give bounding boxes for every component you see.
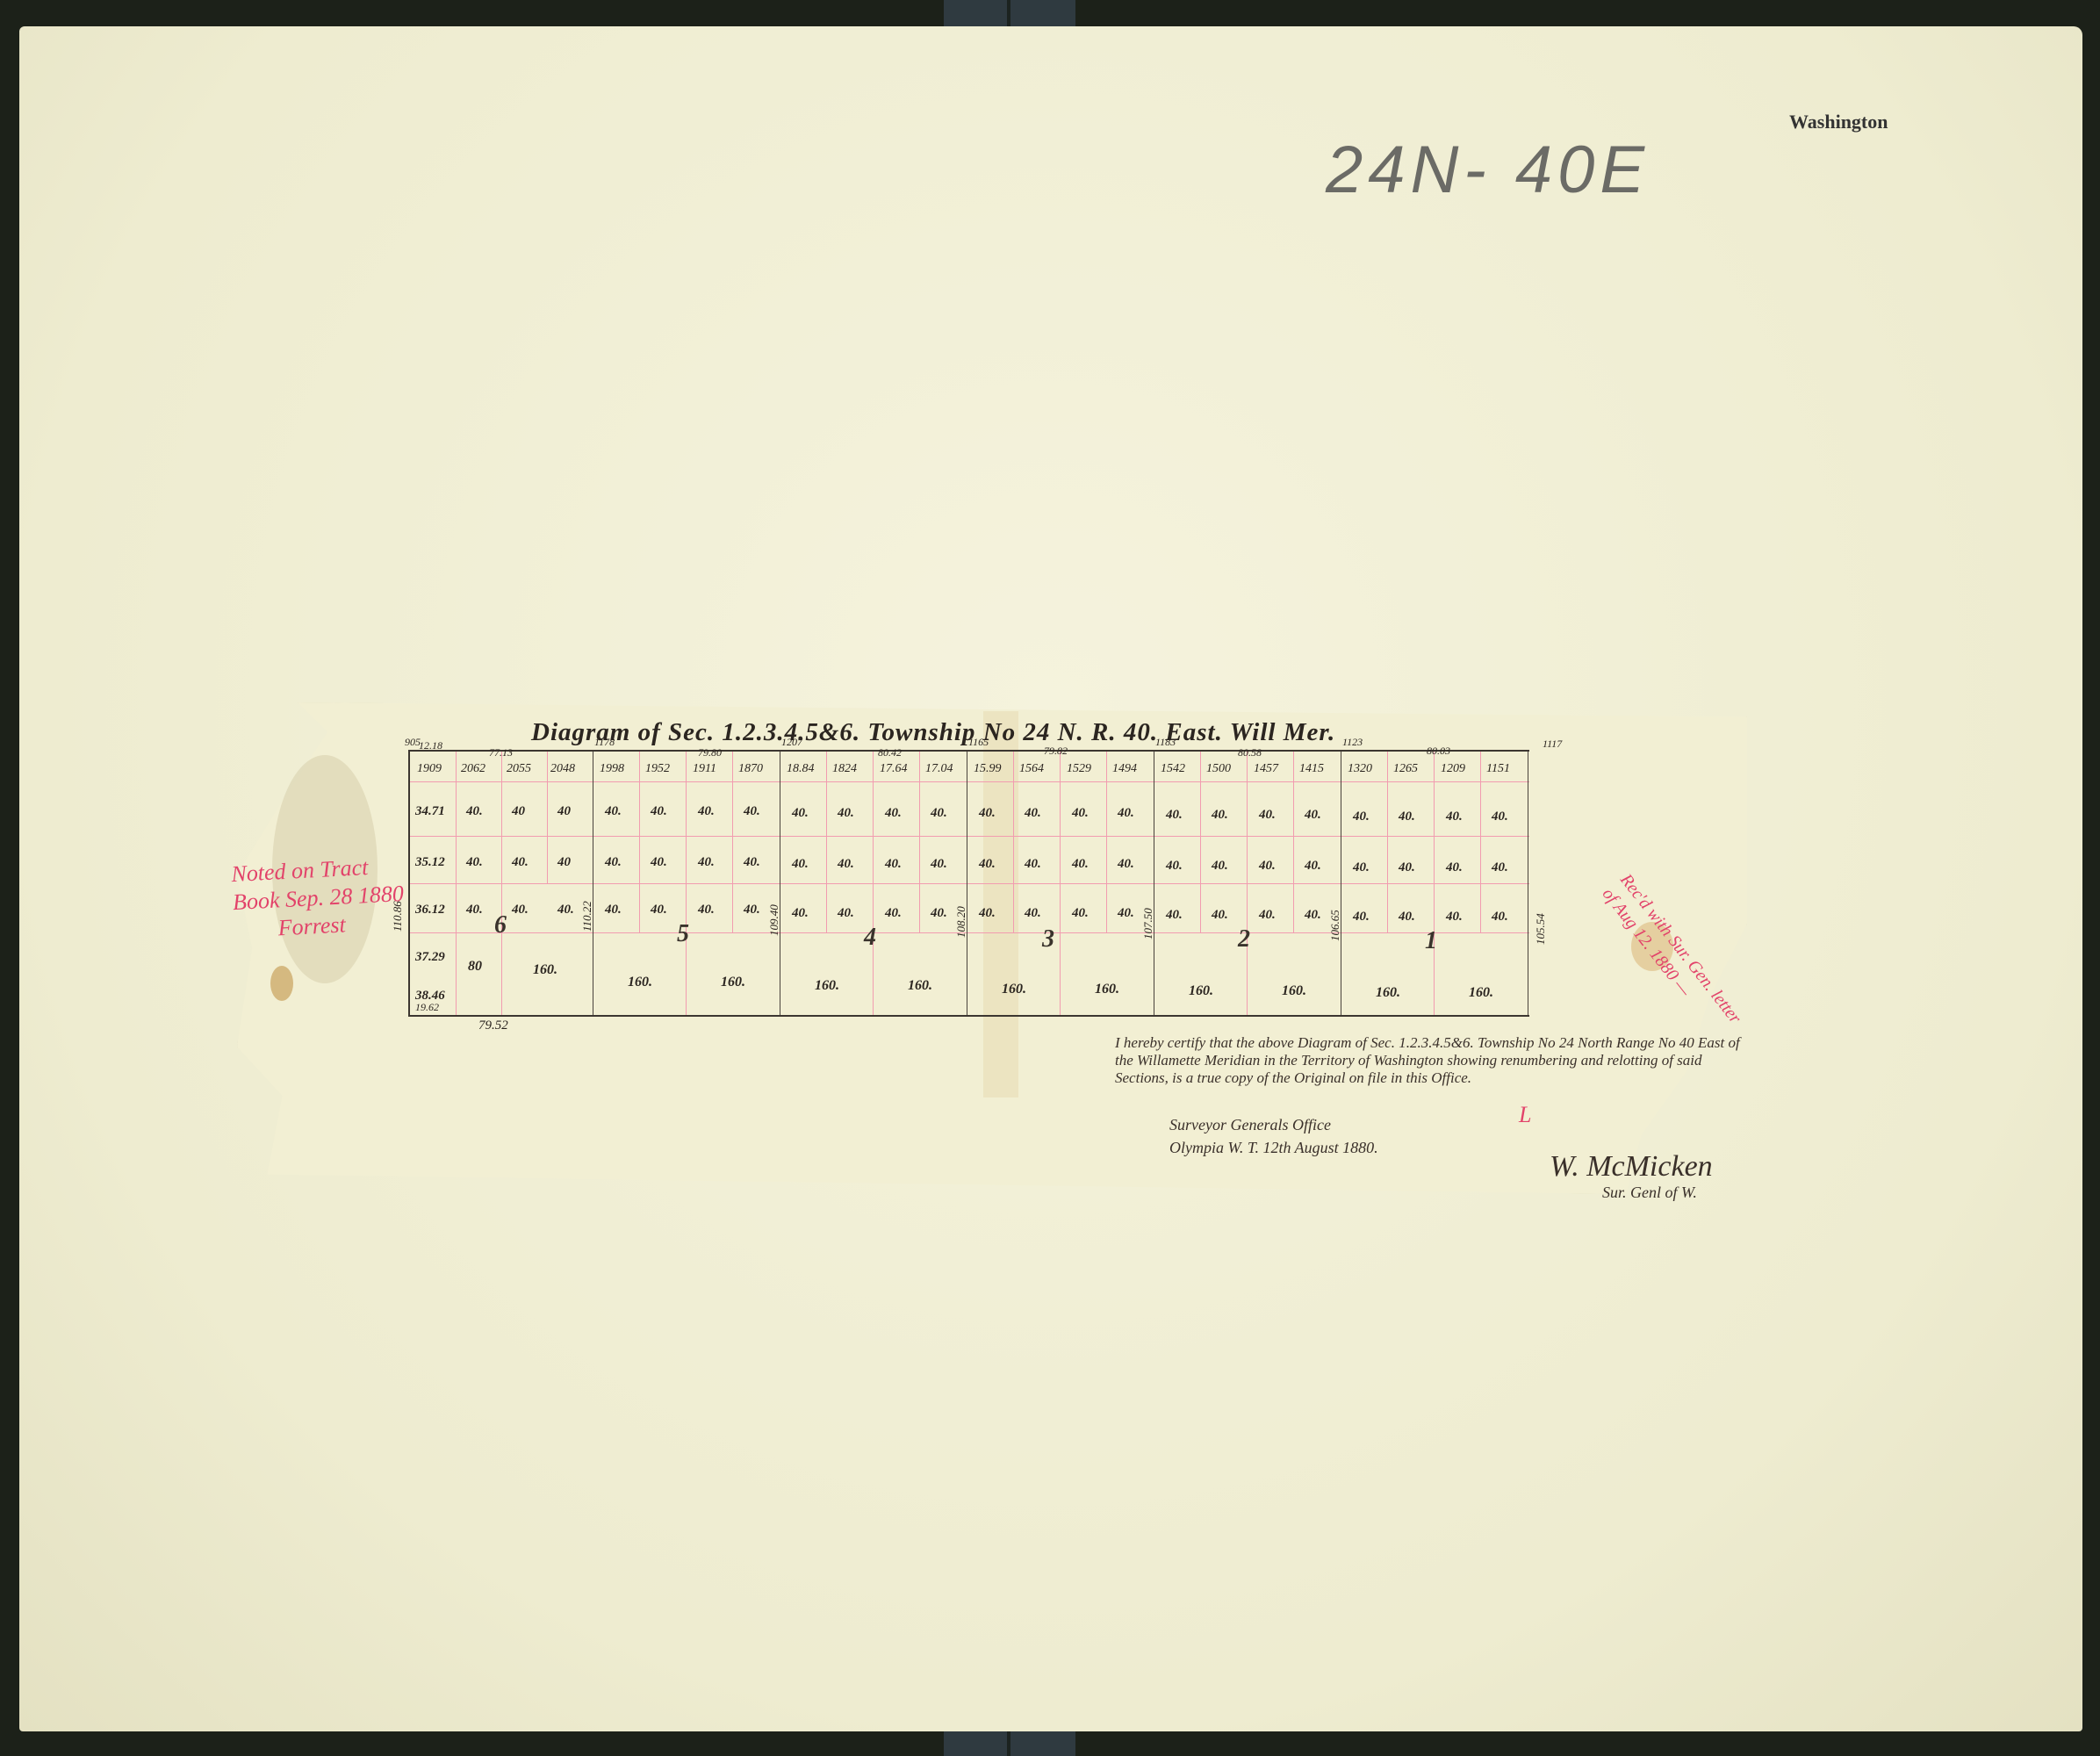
office-name: Surveyor Generals Office bbox=[1169, 1113, 1378, 1136]
signature-title: Sur. Genl of W. bbox=[1602, 1184, 1697, 1202]
binder-clip-bottom bbox=[944, 1730, 1075, 1756]
sections-grid: 12.18 77.13 1909 2062 2055 2048 34.71 35… bbox=[408, 750, 1529, 1017]
diagram-title: Diagram of Sec. 1.2.3.4.5&6. Township No… bbox=[531, 718, 1335, 747]
red-check-mark: L bbox=[1519, 1102, 1531, 1128]
noted-on-tract-note: Noted on Tract Book Sep. 28 1880 Forrest bbox=[231, 852, 406, 945]
binder-clip-top bbox=[944, 0, 1075, 30]
certification-text: I hereby certify that the above Diagram … bbox=[1115, 1034, 1747, 1087]
state-stamp: Washington bbox=[1789, 111, 1888, 133]
section-5: 79.80 1998 1952 1911 1870 40.40.40.40. 4… bbox=[593, 752, 780, 1015]
place-date: Olympia W. T. 12th August 1880. bbox=[1169, 1136, 1378, 1159]
section-6: 12.18 77.13 1909 2062 2055 2048 34.71 35… bbox=[410, 752, 593, 1015]
rust-stain bbox=[270, 966, 293, 1001]
township-range-label: 24N- 40E bbox=[1326, 132, 1650, 208]
section-3: 79.82 15.99 1564 1529 1494 40.40.40.40. … bbox=[967, 752, 1154, 1015]
signature: W. McMicken bbox=[1550, 1150, 1713, 1184]
section-1: 80.03 1320 1265 1209 1151 40.40.40.40. 4… bbox=[1341, 752, 1528, 1015]
section-4: 80.42 18.84 1824 17.64 17.04 40.40.40.40… bbox=[780, 752, 967, 1015]
section-2: 80.58 1542 1500 1457 1415 40.40.40.40. 4… bbox=[1154, 752, 1341, 1015]
office-and-date: Surveyor Generals Office Olympia W. T. 1… bbox=[1169, 1113, 1378, 1159]
